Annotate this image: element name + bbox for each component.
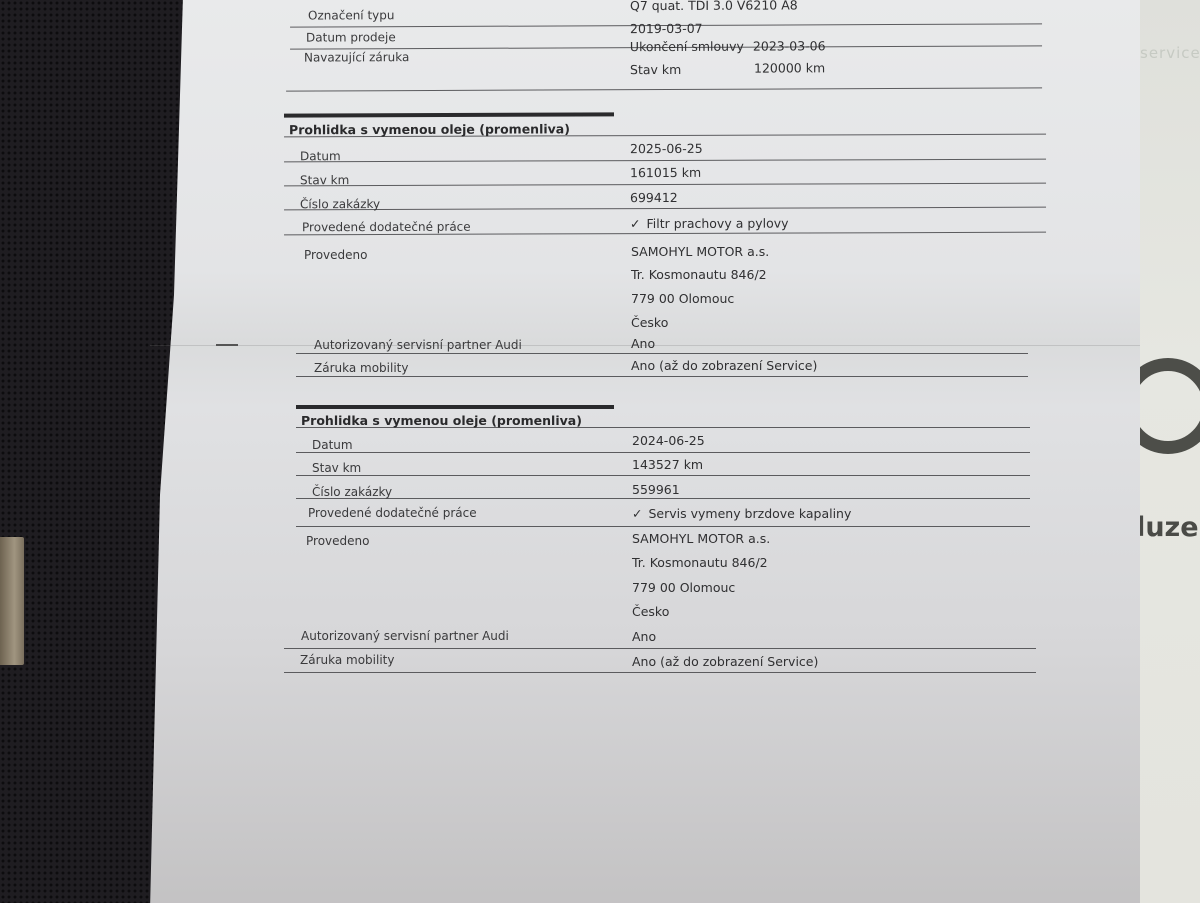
mobility-warranty-label: Záruka mobility xyxy=(300,653,394,667)
dealer-street: Tr. Kosmonautu 846/2 xyxy=(632,555,768,570)
table-row: Záruka mobility Ano (až do zobrazení Ser… xyxy=(296,354,1028,377)
table-row: Datum 2025-06-25 xyxy=(284,137,1046,163)
dealer-street: Tr. Kosmonautu 846/2 xyxy=(631,267,767,282)
table-row: Provedené dodatečné práce ✓Filtr prachov… xyxy=(284,210,1046,236)
section-header: Prohlidka s vymenou oleje (promenliva) xyxy=(284,112,1046,138)
performed-by-label: Provedeno xyxy=(306,534,369,548)
service-document: Označení typu Q7 quat. TDI 3.0 V6210 A8 … xyxy=(0,0,1200,903)
extra-work-value: ✓Filtr prachovy a pylovy xyxy=(630,216,789,232)
table-row: Autorizovaný servisní partner Audi Ano xyxy=(284,626,1036,649)
sale-date-value: 2019-03-07 xyxy=(630,21,703,36)
mobility-warranty-value: Ano (až do zobrazení Service) xyxy=(632,654,818,669)
authorized-partner-value: Ano xyxy=(631,336,655,351)
warranty-km-value: 120000 km xyxy=(754,60,825,75)
checkmark-icon: ✓ xyxy=(630,216,641,231)
order-label: Číslo zakázky xyxy=(312,485,392,499)
order-value: 699412 xyxy=(630,190,678,205)
mobility-warranty-label: Záruka mobility xyxy=(314,361,408,375)
table-row: Záruka mobility Ano (až do zobrazení Ser… xyxy=(284,650,1036,673)
checkmark-icon: ✓ xyxy=(632,506,642,521)
table-row: Stav km 143527 km xyxy=(296,453,1030,476)
contract-end-value: 2023-03-06 xyxy=(753,38,826,53)
service-title: Prohlidka s vymenou oleje (promenliva) xyxy=(289,121,570,137)
km-value: 161015 km xyxy=(630,165,701,180)
dealer-country: Česko xyxy=(631,315,668,330)
service-title: Prohlidka s vymenou oleje (promenliva) xyxy=(301,413,582,428)
table-row: Autorizovaný servisní partner Audi Ano xyxy=(296,331,1028,354)
type-value: Q7 quat. TDI 3.0 V6210 A8 xyxy=(630,0,798,13)
date-label: Datum xyxy=(312,438,353,452)
dealer-name: SAMOHYL MOTOR a.s. xyxy=(631,244,769,259)
order-value: 559961 xyxy=(632,482,680,497)
warranty-km-label: Stav km xyxy=(630,62,681,77)
authorized-partner-label: Autorizovaný servisní partner Audi xyxy=(301,629,509,643)
date-value: 2025-06-25 xyxy=(630,141,703,156)
km-label: Stav km xyxy=(300,173,349,187)
performed-by-label: Provedeno xyxy=(304,248,367,262)
dealer-country: Česko xyxy=(632,604,669,619)
table-row: Provedené dodatečné práce ✓Servis vymeny… xyxy=(296,500,1030,527)
table-row: Stav km 161015 km xyxy=(284,161,1046,187)
contract-end-label: Ukončení smlouvy xyxy=(630,39,744,54)
sale-date-label: Datum prodeje xyxy=(306,30,396,44)
extended-warranty-label: Navazující záruka xyxy=(304,50,409,64)
type-label: Označení typu xyxy=(308,8,395,22)
date-value: 2024-06-25 xyxy=(632,433,705,448)
dealer-city: 779 00 Olomouc xyxy=(632,580,735,595)
km-label: Stav km xyxy=(312,461,361,475)
authorized-partner-value: Ano xyxy=(632,629,656,644)
table-row: Datum 2024-06-25 xyxy=(296,430,1030,453)
extra-work-label: Provedené dodatečné práce xyxy=(302,220,471,235)
table-row: Číslo zakázky 699412 xyxy=(284,185,1046,211)
table-row: Navazující záruka Ukončení smlouvy 2023-… xyxy=(286,46,1042,91)
table-row: Číslo zakázky 559961 xyxy=(296,476,1030,499)
authorized-partner-label: Autorizovaný servisní partner Audi xyxy=(314,338,522,352)
order-label: Číslo zakázky xyxy=(300,197,380,211)
extra-work-value: ✓Servis vymeny brzdove kapaliny xyxy=(632,506,851,521)
section-header: Prohlidka s vymenou oleje (promenliva) xyxy=(296,405,1030,428)
dealer-name: SAMOHYL MOTOR a.s. xyxy=(632,531,770,546)
extra-work-label: Provedené dodatečné práce xyxy=(308,506,477,520)
dealer-city: 779 00 Olomouc xyxy=(631,291,734,306)
km-value: 143527 km xyxy=(632,457,703,472)
date-label: Datum xyxy=(300,149,341,163)
mobility-warranty-value: Ano (až do zobrazení Service) xyxy=(631,358,817,373)
